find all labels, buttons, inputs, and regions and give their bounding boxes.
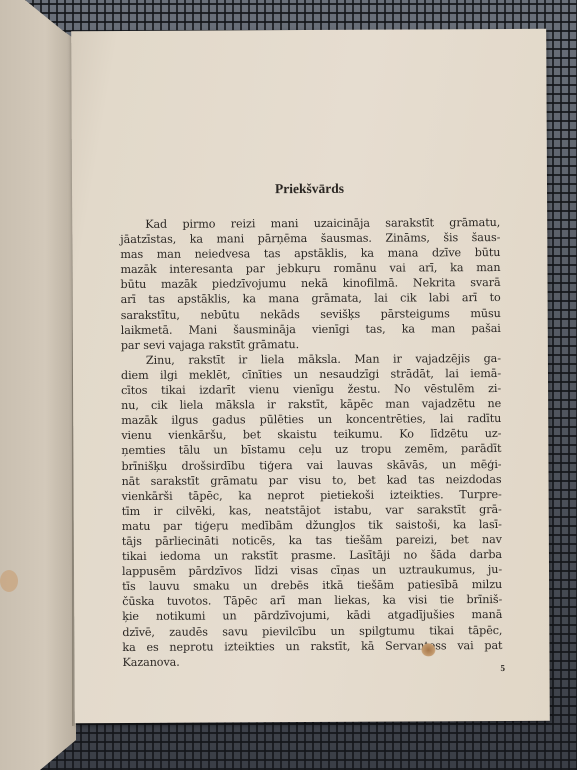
text-line: nāt sarakstīt grāmatu par visu to, bet k… bbox=[122, 472, 502, 489]
book-page: Priekšvārds Kad pirmo reizi mani uzaicin… bbox=[71, 29, 550, 723]
text-line: brīnišķu drošsirdību tiģera vai lauvas s… bbox=[121, 457, 501, 474]
paragraph-1: Kad pirmo reizi mani uzaicināja sarakstī… bbox=[120, 215, 551, 353]
text-line: dzīvē, zaudēs savu pievilcību un spilgtu… bbox=[122, 623, 502, 640]
text-line: vienkārši tāpēc, ka neprot pietiekoši iz… bbox=[122, 487, 502, 504]
text-line: Kazanova. bbox=[122, 653, 502, 670]
text-line: ņemties tālu un bīstamu ceļu uz tropu ze… bbox=[121, 441, 501, 458]
text-line: ka es neprotu izteikties un rakstīt, kā … bbox=[122, 638, 502, 655]
text-line: ķie notikumi un pārdzīvojumi, kādi atgad… bbox=[122, 607, 502, 624]
text-line: laikmetā. Mani šausmināja vienīgi tas, k… bbox=[121, 321, 501, 338]
paragraph-2: Zinu, rakstīt ir liela māksla. Man ir va… bbox=[121, 351, 553, 670]
body-text: Kad pirmo reizi mani uzaicināja sarakstī… bbox=[120, 215, 552, 670]
chapter-title: Priekšvārds bbox=[72, 180, 547, 198]
page-stain bbox=[421, 643, 435, 656]
facing-left-page bbox=[0, 0, 76, 770]
left-page-stain bbox=[0, 570, 18, 592]
text-line: arī tas apstāklis, ka mana grāmata, lai … bbox=[121, 290, 501, 307]
page-number: 5 bbox=[501, 663, 506, 673]
text-line: sarakstītu, nebūtu nekāds sevišķs pārste… bbox=[121, 306, 501, 323]
